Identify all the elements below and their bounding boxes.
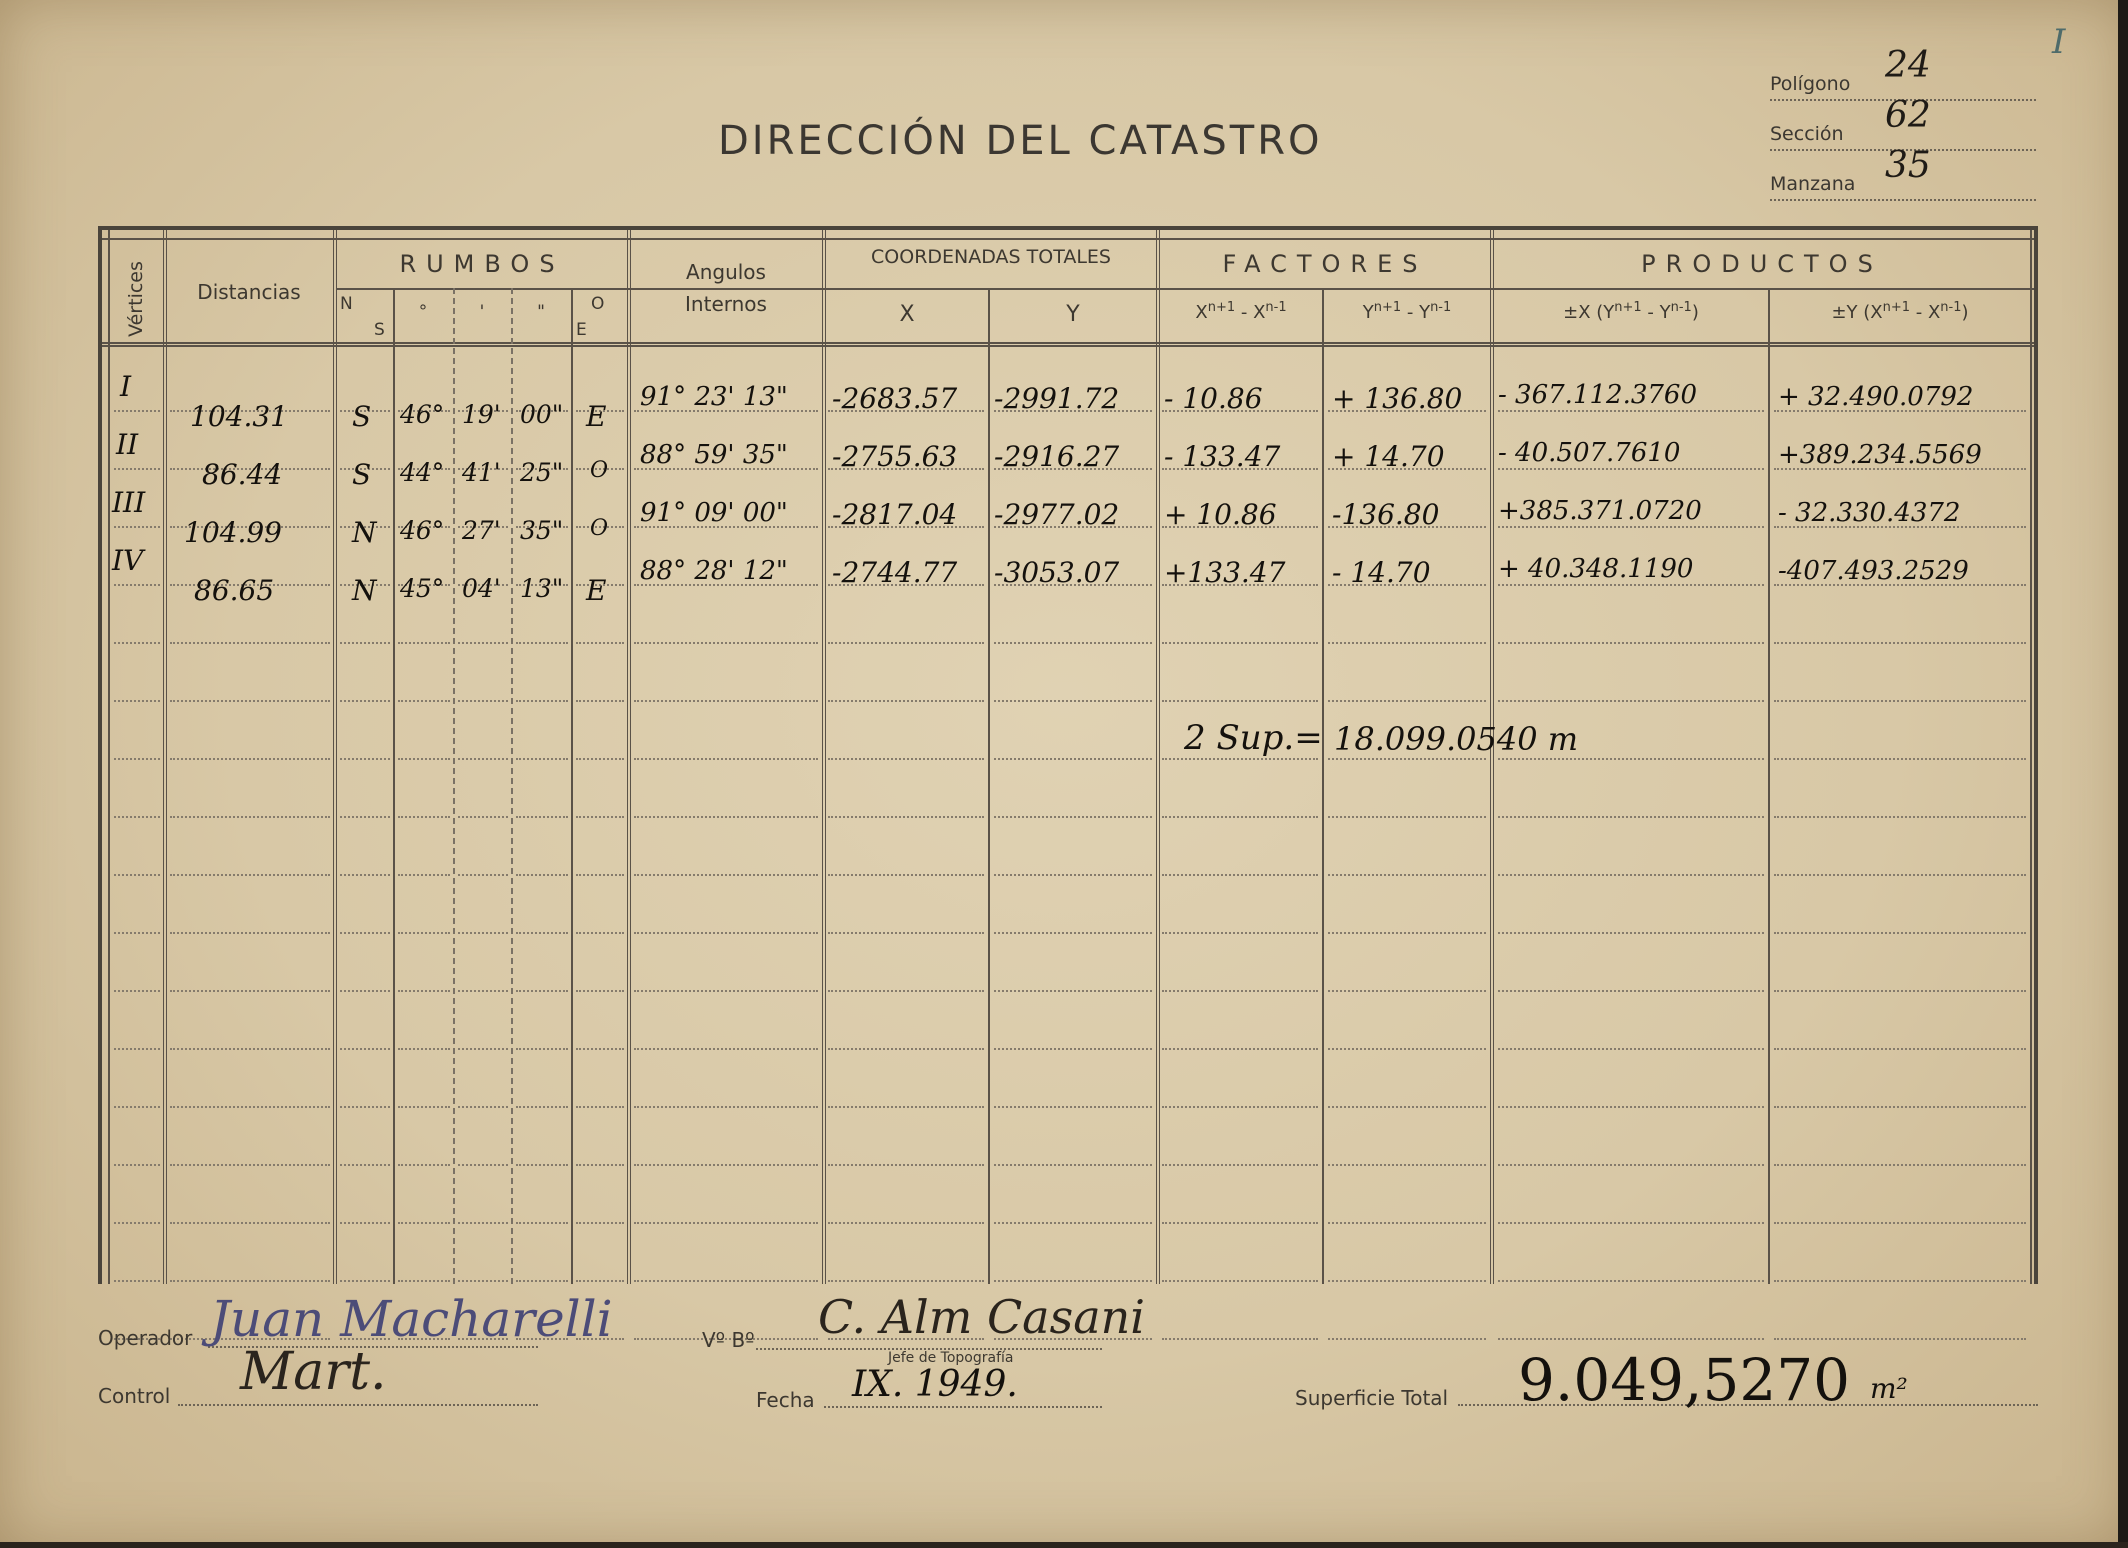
header-producto-x: ±X (Yn+1 - Yn-1) [1494,302,1768,323]
row-rule [458,932,508,934]
row-rule [398,932,450,934]
bearing-ns: S [352,400,371,433]
row-rule [170,758,330,760]
row-rule [516,1222,568,1224]
row-rule [458,642,508,644]
page-title: DIRECCIÓN DEL CATASTRO [718,118,1323,164]
row-rule [1498,584,1764,586]
col-sep-coords [1156,230,1160,1284]
row-rule [1498,526,1764,528]
row-rule [994,758,1152,760]
poligono-label: Polígono [1770,73,1850,95]
seccion-value: 62 [1885,95,1931,136]
poligono-value: 24 [1885,45,1931,86]
row-rule [1774,1164,2026,1166]
field-seccion: Sección 62 [1770,123,1844,145]
row-rule [1774,932,2026,934]
table-inner-top [102,238,2034,240]
row-rule [170,874,330,876]
row-rule [1162,700,1318,702]
bearing-deg: 45° [400,574,444,603]
coord-y: -2991.72 [994,382,1119,415]
row-rule [340,1164,390,1166]
row-rule [1328,990,1486,992]
row-rule [994,1222,1152,1224]
row-rule [398,874,450,876]
row-rule [1498,642,1764,644]
row-rule [1774,816,2026,818]
row-rule [398,700,450,702]
corner-mark: I [2052,22,2065,62]
row-rule [1162,1164,1318,1166]
row-rule [1162,1048,1318,1050]
factor-y: + 14.70 [1332,440,1445,473]
row-rule [576,1164,624,1166]
scan-edge-bottom [0,1542,2128,1548]
bearing-min: 27' [462,516,501,545]
bearing-oe: E [586,574,606,607]
row-rule [458,1106,508,1108]
row-rule [1498,468,1764,470]
col-sep-sec [571,288,573,1284]
fecha-line [824,1406,1102,1408]
row-rule [1774,1048,2026,1050]
row-rule [398,758,450,760]
row-rule [458,990,508,992]
field-manzana: Manzana 35 [1770,173,1855,195]
row-rule [994,932,1152,934]
row-rule [340,1280,390,1282]
superficie-label: Superficie Total [1295,1386,1448,1410]
row-rule [634,1048,818,1050]
bearing-deg: 44° [400,458,444,487]
bearing-sec: 35" [520,516,563,545]
row-rule [828,1164,984,1166]
row-rule [170,990,330,992]
product-x: +385.371.0720 [1498,496,1702,526]
header-producto-y: ±Y (Xn+1 - Xn-1) [1770,302,2030,323]
header-ns-s: S [374,320,385,340]
row-rule [576,758,624,760]
row-rule [1774,1338,2026,1340]
header-internos: Internos [631,292,821,316]
row-rule [634,1164,818,1166]
factor-x: +133.47 [1164,556,1285,589]
row-rule [994,642,1152,644]
header-coordenadas: COORDENADAS TOTALES [826,246,1156,268]
scan-edge [2118,0,2128,1548]
row-rule [170,1280,330,1282]
row-rule [114,584,160,586]
row-rule [1774,700,2026,702]
row-rule [994,1280,1152,1282]
row-rule [340,1222,390,1224]
vobo-signature: C. Alm Casani [818,1290,1145,1344]
row-rule [1162,1222,1318,1224]
factor-x: - 10.86 [1164,382,1263,415]
product-x: - 367.112.3760 [1498,380,1697,410]
row-rule [1498,758,1764,760]
row-rule [1774,1280,2026,1282]
header-factor-y: Yn+1 - Yn-1 [1324,302,1490,323]
row-rule [1498,874,1764,876]
coord-x: -2817.04 [832,498,957,531]
row-rule [458,758,508,760]
internal-angle: 91° 23' 13" [640,382,788,412]
bearing-deg: 46° [400,400,444,429]
row-rule [114,816,160,818]
row-rule [458,1048,508,1050]
header-vertices-text: Vértices [125,259,147,339]
manzana-line [1770,199,2036,201]
row-rule [1498,932,1764,934]
coord-y: -2977.02 [994,498,1119,531]
row-rule [828,1106,984,1108]
row-rule [634,1280,818,1282]
header-factor-x: Xn+1 - Xn-1 [1160,302,1322,323]
row-rule [398,1280,450,1282]
row-rule [114,468,160,470]
row-rule [516,642,568,644]
row-rule [994,1048,1152,1050]
coord-x: -2744.77 [832,556,957,589]
row-rule [114,758,160,760]
row-rule [994,874,1152,876]
bearing-oe: O [590,458,608,483]
row-rule [516,758,568,760]
row-rule [1498,1048,1764,1050]
row-rule [1328,1222,1486,1224]
product-y: + 32.490.0792 [1778,382,1973,412]
row-rule [1774,1106,2026,1108]
col-sep-x [988,288,990,1284]
col-sep-vertices [163,230,167,1284]
row-rule [994,990,1152,992]
row-rule [516,990,568,992]
product-y: - 32.330.4372 [1778,498,1960,528]
row-rule [398,1222,450,1224]
row-rule [994,700,1152,702]
bearing-oe: O [590,516,608,541]
row-rule [340,990,390,992]
distance-value: 86.65 [194,574,274,607]
row-rule [576,1048,624,1050]
row-rule [828,990,984,992]
coord-x: -2755.63 [832,440,957,473]
row-rule [1328,758,1486,760]
coord-x: -2683.57 [832,382,957,415]
row-rule [516,1280,568,1282]
vertex-label: IV [112,544,143,577]
row-rule [170,1222,330,1224]
row-rule [1328,932,1486,934]
superficie-value: 9.049,5270 [1518,1346,1850,1414]
control-signature: Mart. [240,1342,387,1402]
row-rule [576,1280,624,1282]
row-rule [516,874,568,876]
header-distancias: Distancias [165,280,333,304]
col-sep-distancias [333,230,337,1284]
coord-y: -3053.07 [994,556,1119,589]
row-rule [1162,1338,1318,1340]
col-sep-angulos [822,230,826,1284]
row-rule [398,990,450,992]
row-rule [828,874,984,876]
row-rule [516,700,568,702]
row-rule [634,1222,818,1224]
double-area-value: 18.099.0540 m [1334,720,1578,758]
row-rule [1162,932,1318,934]
header-vertices: Vértices [112,260,162,340]
row-rule [1162,874,1318,876]
manzana-value: 35 [1885,145,1931,186]
row-rule [340,874,390,876]
row-rule [1498,990,1764,992]
row-rule [398,1106,450,1108]
row-rule [1162,1280,1318,1282]
row-rule [828,758,984,760]
row-rule [458,1164,508,1166]
header-angulos: Angulos [631,260,821,284]
fecha-value: IX. 1949. [852,1364,1018,1405]
row-rule [634,874,818,876]
product-x: + 40.348.1190 [1498,554,1693,584]
row-rule [458,1222,508,1224]
control-label: Control [98,1384,170,1408]
row-rule [458,1280,508,1282]
row-rule [634,700,818,702]
row-rule [114,1048,160,1050]
row-rule [576,700,624,702]
row-rule [1498,1338,1764,1340]
row-rule [170,642,330,644]
row-rule [1498,1164,1764,1166]
header-rumbos: RUMBOS [337,250,627,278]
row-rule [516,1106,568,1108]
table-inner-left [108,230,110,1284]
operador-label: Operador [98,1326,192,1350]
row-rule [170,816,330,818]
row-rule [576,1222,624,1224]
row-rule [1328,1164,1486,1166]
row-rule [398,1048,450,1050]
row-rule [828,1222,984,1224]
row-rule [1774,874,2026,876]
col-sep-deg [453,288,455,1284]
vertex-label: II [116,428,138,461]
row-rule [114,990,160,992]
row-rule [1328,700,1486,702]
row-rule [114,1106,160,1108]
row-rule [1328,874,1486,876]
row-rule [458,874,508,876]
survey-table: Vértices Distancias RUMBOS N S ° ' " O E… [98,226,2038,1284]
row-rule [516,932,568,934]
row-rule [340,816,390,818]
distance-value: 104.99 [184,516,282,549]
row-rule [1774,642,2026,644]
row-rule [994,816,1152,818]
bearing-sec: 13" [520,574,563,603]
seccion-label: Sección [1770,123,1844,145]
bearing-sec: 00" [520,400,563,429]
row-rule [114,642,160,644]
product-y: +389.234.5569 [1778,440,1982,470]
superficie-unit: m² [1870,1372,1908,1405]
row-rule [114,932,160,934]
double-area-label: 2 Sup.= [1184,718,1323,758]
row-rule [398,1164,450,1166]
row-rule [170,1106,330,1108]
bearing-min: 41' [462,458,501,487]
factor-x: + 10.86 [1164,498,1277,531]
header-factores: FACTORES [1160,250,1490,278]
row-rule [516,816,568,818]
header-oe-e: E [576,320,587,340]
header-sec: " [511,302,571,322]
product-x: - 40.507.7610 [1498,438,1680,468]
header-coord-x: X [826,302,988,327]
header-oe-o: O [591,294,604,314]
row-rule [1498,410,1764,412]
factor-x: - 133.47 [1164,440,1280,473]
table-inner-right [2030,230,2032,1284]
row-rule [516,1164,568,1166]
row-rule [994,1106,1152,1108]
row-rule [516,1048,568,1050]
row-rule [576,816,624,818]
row-rule [170,1164,330,1166]
bearing-oe: E [586,400,606,433]
row-rule [1328,642,1486,644]
row-rule [1162,642,1318,644]
row-rule [1162,816,1318,818]
row-rule [340,1048,390,1050]
row-rule [114,1164,160,1166]
product-y: -407.493.2529 [1778,556,1969,586]
row-rule [340,700,390,702]
row-rule [576,642,624,644]
row-rule [828,1280,984,1282]
row-rule [1498,1280,1764,1282]
row-rule [1498,1222,1764,1224]
internal-angle: 88° 28' 12" [640,556,788,586]
internal-angle: 88° 59' 35" [640,440,788,470]
row-rule [458,700,508,702]
row-rule [1498,816,1764,818]
distance-value: 86.44 [202,458,282,491]
row-rule [576,874,624,876]
row-rule [340,642,390,644]
row-rule [1498,1106,1764,1108]
vertex-label: III [112,486,145,519]
row-rule [828,642,984,644]
col-sep-px [1768,288,1770,1284]
row-rule [398,816,450,818]
field-poligono: Polígono 24 [1770,73,1850,95]
row-rule [634,990,818,992]
factor-y: - 14.70 [1332,556,1431,589]
factor-y: + 136.80 [1332,382,1462,415]
row-rule [170,932,330,934]
col-sep-ns [393,288,395,1284]
row-rule [340,932,390,934]
bearing-ns: S [352,458,371,491]
manzana-label: Manzana [1770,173,1855,195]
bearing-min: 19' [462,400,501,429]
row-rule [828,1048,984,1050]
row-rule [1774,758,2026,760]
row-rule [114,874,160,876]
internal-angle: 91° 09' 00" [640,498,788,528]
row-rule [170,700,330,702]
row-rule [458,816,508,818]
factor-y: -136.80 [1332,498,1439,531]
vobo-label: Vº Bº [702,1328,755,1352]
col-sep-fx [1322,288,1324,1284]
row-rule [114,526,160,528]
row-rule [576,932,624,934]
header-ns-n: N [340,294,353,314]
bearing-ns: N [352,516,377,549]
row-rule [1162,758,1318,760]
row-rule [170,1048,330,1050]
row-rule [340,1106,390,1108]
col-sep-rumbos [627,230,631,1284]
header-deg: ° [393,302,453,322]
col-sep-min [511,288,513,1284]
bearing-deg: 46° [400,516,444,545]
header-min: ' [453,302,511,322]
row-rule [1162,990,1318,992]
row-rule [634,758,818,760]
row-rule [1328,816,1486,818]
row-rule [114,1280,160,1282]
operador-signature: Juan Macharelli [210,1290,613,1348]
control-line [178,1404,538,1406]
row-rule [828,932,984,934]
bearing-ns: N [352,574,377,607]
row-rule [576,990,624,992]
row-rule [828,816,984,818]
fecha-label: Fecha [756,1388,815,1412]
row-rule [1774,1222,2026,1224]
row-rule [398,642,450,644]
row-rule [634,932,818,934]
row-rule [1328,1048,1486,1050]
vertex-label: I [120,370,131,403]
row-rule [828,700,984,702]
row-rule [1328,1280,1486,1282]
row-rule [634,1106,818,1108]
header-divider-1 [337,288,2034,290]
header-divider-2 [102,342,2034,347]
row-rule [634,642,818,644]
row-rule [1162,1106,1318,1108]
row-rule [114,700,160,702]
distance-value: 104.31 [190,400,288,433]
bearing-min: 04' [462,574,501,603]
row-rule [340,758,390,760]
row-rule [1328,1106,1486,1108]
header-coord-y: Y [990,302,1156,327]
bearing-sec: 25" [520,458,563,487]
header-productos: PRODUCTOS [1494,250,2030,278]
row-rule [1498,700,1764,702]
row-rule [1774,990,2026,992]
row-rule [634,816,818,818]
row-rule [994,1164,1152,1166]
